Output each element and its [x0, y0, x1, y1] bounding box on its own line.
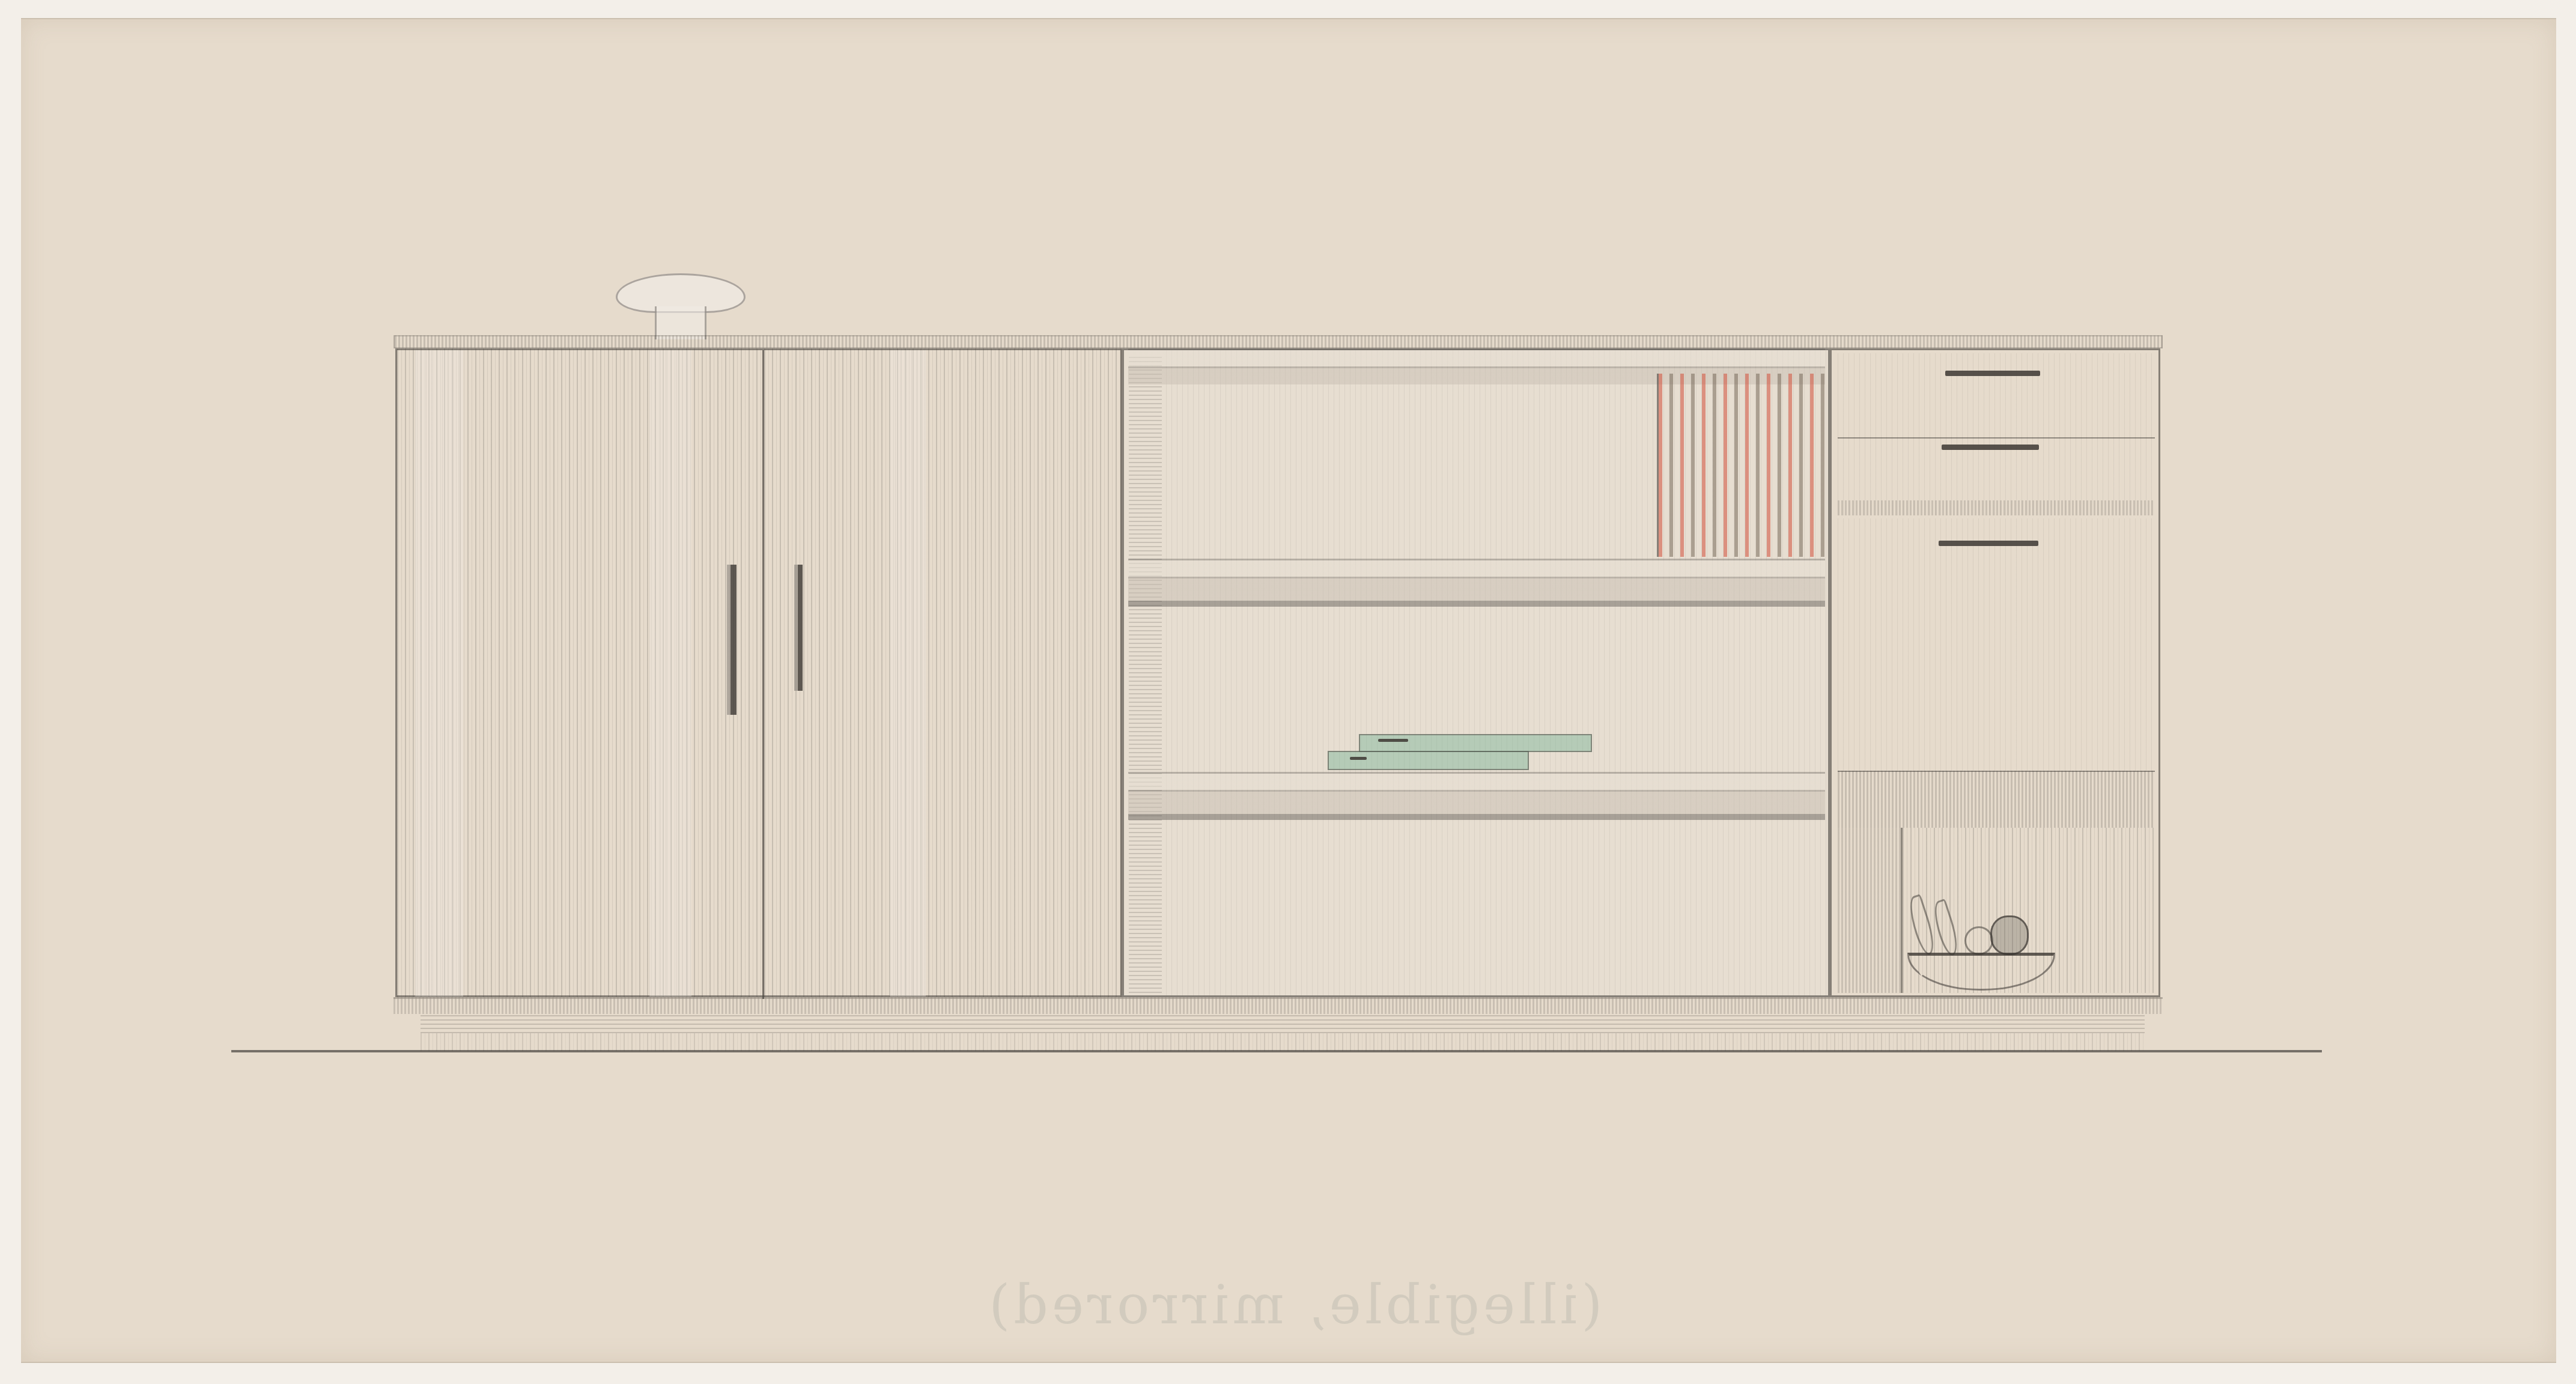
cabinet-bottom-rail: [393, 997, 2163, 1014]
niche-header: [1838, 771, 2155, 828]
drawer-1[interactable]: [1838, 353, 2155, 439]
lying-book-top: [1359, 734, 1592, 752]
ground-line: [231, 1050, 2322, 1052]
right-door-handle[interactable]: [794, 565, 803, 691]
door-split-line: [762, 350, 764, 999]
niche-side: [1838, 828, 1901, 993]
vase-on-top: [616, 273, 745, 342]
lying-book-bottom: [1328, 751, 1529, 770]
book-spine-mark: [1350, 757, 1367, 760]
pepper-small: [1964, 926, 1993, 955]
wood-highlight: [649, 350, 691, 997]
plinth: [421, 1033, 2145, 1051]
left-door-handle[interactable]: [727, 565, 737, 715]
wood-highlight: [890, 350, 926, 997]
drawer-rail: [1838, 500, 2155, 515]
plinth-molding: [421, 1012, 2145, 1033]
book-spine-mark: [1378, 739, 1408, 742]
bowl-body: [1907, 953, 2055, 991]
shelf-2: [1128, 772, 1825, 820]
pepper-large: [1990, 915, 2029, 955]
drop-front-pull[interactable]: [1939, 541, 2038, 546]
left-cupboard: [395, 348, 1122, 997]
wood-highlight: [415, 350, 463, 997]
drawer-1-pull[interactable]: [1945, 371, 2040, 376]
banana-2: [1929, 899, 1963, 958]
banana-1: [1904, 894, 1939, 957]
cabinet-top-rail: [393, 335, 2163, 348]
upright-books: [1657, 374, 1827, 557]
drop-front-door[interactable]: [1838, 518, 2155, 772]
vase-foot: [655, 306, 706, 339]
drawer-2-pull[interactable]: [1942, 445, 2039, 450]
left-side-panel: [1129, 356, 1162, 993]
faint-inscription: (illegible, mirrored): [985, 1273, 1602, 1337]
fruit-bowl: [1901, 895, 2058, 991]
shelf-1: [1128, 559, 1825, 607]
